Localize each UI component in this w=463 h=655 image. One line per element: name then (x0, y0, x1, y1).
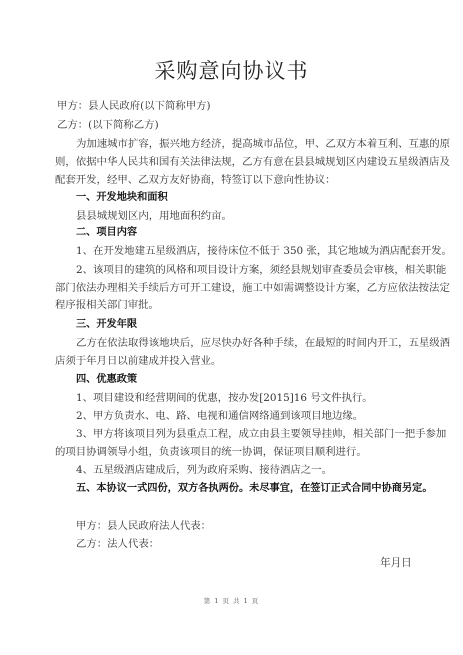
section-heading-4: 四、优惠政策 (76, 373, 137, 387)
section-3-line-1: 乙方在依法取得该地块后，应尽快办好各种手续，在最短的时间内开工，五星级酒 (76, 336, 408, 350)
signature-party-a: 甲方：县人民政府法人代表： (76, 519, 211, 533)
section-4-item-1: 1、项目建设和经营期间的优惠，按办发[2015]16 号文件执行。 (76, 391, 373, 405)
section-2-item-2-line-3: 程序报相关部门审批。 (55, 298, 159, 312)
page-footer: 第 1 页 共 1 页 (0, 596, 463, 605)
section-4-item-3-line-2: 的项目协调领导小组，负责该项目的统一协调，保证项目顺利进行。 (55, 445, 367, 459)
section-2-item-1: 1、在开发地建五星级酒店，接待床位不低于 350 张，其它地域为酒店配套开发。 (76, 244, 452, 258)
section-4-item-3-line-1: 3、甲方将该项目列为县重点工程，成立由县主要领导挂帅，相关部门一把手参加 (76, 427, 408, 441)
party-a-line: 甲方：县人民政府(以下简称甲方) (57, 99, 211, 113)
section-3-line-2: 店须于年月日以前建成并投入营业。 (55, 354, 221, 368)
intro-line-1: 为加速城市扩容，振兴地方经济，提高城市品位，甲、乙双方本着互利、互惠的原 (76, 137, 408, 151)
signature-party-b: 乙方：法人代表： (76, 537, 159, 551)
document-page: 采购意向协议书 甲方：县人民政府(以下简称甲方) 乙方：(以下简称乙方) 为加速… (0, 0, 463, 655)
section-2-item-2-line-2: 部门依法办理相关手续后方可开工建设，施工中如需调整设计方案，乙方应依法按法定 (55, 281, 408, 295)
section-heading-1: 一、开发地块和面积 (76, 191, 168, 205)
section-1-text: 县县城规划区内，用地面积约亩。 (76, 209, 232, 223)
section-heading-3: 三、开发年限 (76, 318, 137, 332)
section-2-item-2-line-1: 2、该项目的建筑的风格和项目设计方案，须经县规划审查委员会审核，相关职能 (76, 263, 408, 277)
section-4-item-4: 4、五星级酒店建成后，列为政府采购、接待酒店之一。 (76, 463, 332, 477)
document-title: 采购意向协议书 (0, 55, 463, 85)
intro-line-2: 则，依据中华人民共和国有关法律法规，乙方有意在县县城规划区内建设五星级酒店及 (55, 155, 408, 169)
intro-line-3: 配套开发，经甲、乙双方友好协商，特签订以下意向性协议： (55, 173, 336, 187)
party-b-line: 乙方：(以下简称乙方) (57, 118, 159, 132)
section-heading-5: 五、本协议一式四份，双方各执两份。未尽事宜，在签订正式合同中协商另定。 (76, 482, 433, 496)
section-heading-2: 二、项目内容 (76, 226, 137, 240)
section-4-item-2: 2、甲方负责水、电、路、电视和通信网络通到该项目地边缘。 (76, 409, 363, 423)
signature-date: 年月日 (380, 555, 412, 570)
